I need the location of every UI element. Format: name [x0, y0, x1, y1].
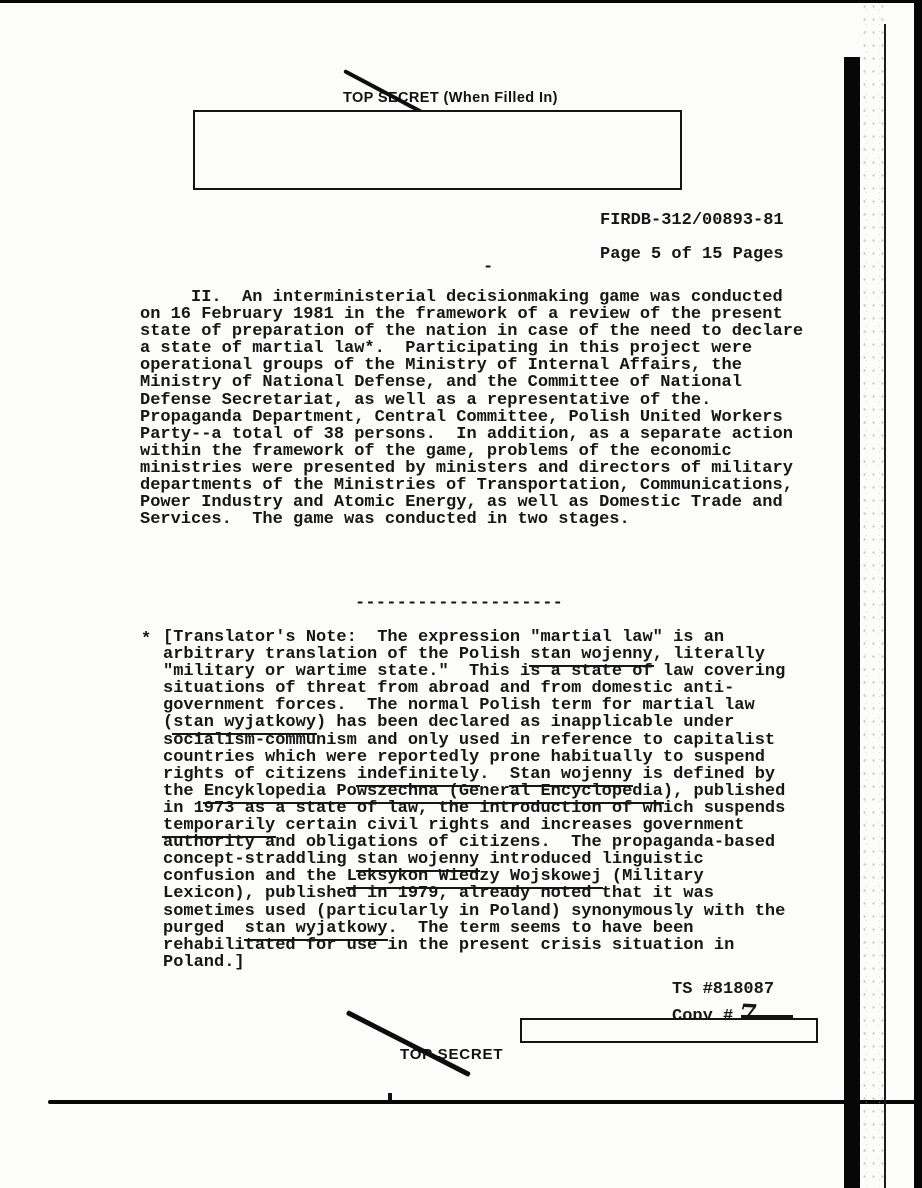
text-line: Party--a total of 38 persons. In additio… — [140, 426, 803, 443]
underlined-term: stan wyjatkowy — [173, 713, 316, 732]
scan-edge-thin-line — [884, 24, 886, 1188]
underlined-term: stan wojenny — [530, 645, 652, 664]
footnote-text: [Translator's Note: The expression "mart… — [163, 629, 785, 971]
text-line: on 16 February 1981 in the framework of … — [140, 306, 803, 323]
stray-dash-artifact: - — [483, 258, 493, 277]
header-classification: TOP SECRET (When Filled In) — [343, 90, 558, 106]
text-line: departments of the Ministries of Transpo… — [140, 477, 803, 494]
text-line: [Translator's Note: The expression "mart… — [163, 629, 785, 646]
text-line: within the framework of the game, proble… — [140, 443, 803, 460]
text-line: "military or wartime state." This is a s… — [163, 663, 785, 680]
redaction-box-bottom — [520, 1018, 818, 1043]
text-line: operational groups of the Ministry of In… — [140, 357, 803, 374]
footnote-marker: * — [141, 630, 151, 649]
text-line: purged stan wyjatkowy. The term seems to… — [163, 920, 785, 937]
text-line: government forces. The normal Polish ter… — [163, 697, 785, 714]
scan-speckle-strip — [860, 0, 884, 1188]
bottom-rule — [48, 1100, 922, 1104]
underlined-term: Encyklopedia Powszechna (General Encyclo… — [204, 782, 663, 801]
text-line: Defense Secretariat, as well as a repres… — [140, 392, 803, 409]
scan-top-edge-line — [0, 0, 922, 3]
text-line: Ministry of National Defense, and the Co… — [140, 374, 803, 391]
text-line: ministries were presented by ministers a… — [140, 460, 803, 477]
scan-binding-bar — [844, 57, 860, 1188]
text-line: a state of martial law*. Participating i… — [140, 340, 803, 357]
page-info: Page 5 of 15 Pages — [600, 245, 784, 264]
text-line: sometimes used (particularly in Poland) … — [163, 903, 785, 920]
text-line: Poland.] — [163, 954, 785, 971]
text-line: confusion and the Leksykon Wiedzy Wojsko… — [163, 868, 785, 885]
scan-right-edge-bar — [914, 0, 922, 1188]
underlined-term: temporarily — [163, 816, 275, 835]
text-line: arbitrary translation of the Polish stan… — [163, 646, 785, 663]
text-line: rights of citizens indefinitely. Stan wo… — [163, 766, 785, 783]
redaction-box-top — [193, 110, 682, 190]
text-line: situations of threat from abroad and fro… — [163, 680, 785, 697]
text-line: the Encyklopedia Powszechna (General Enc… — [163, 783, 785, 800]
text-line: (stan wyjatkowy) has been declared as in… — [163, 714, 785, 731]
text-line: concept-straddling stan wojenny introduc… — [163, 851, 785, 868]
footnote-separator: -------------------- — [355, 594, 563, 613]
footer-strike-line — [346, 1010, 471, 1077]
doc-number: FIRDB-312/00893-81 — [600, 211, 784, 230]
body-paragraph: II. An interministerial decisionmaking g… — [140, 289, 803, 528]
underlined-term: indefinitely — [357, 765, 479, 784]
text-line: II. An interministerial decisionmaking g… — [140, 289, 803, 306]
document-page: TOP SECRET (When Filled In) FIRDB-312/00… — [0, 0, 922, 1188]
text-line: Propaganda Department, Central Committee… — [140, 409, 803, 426]
text-line: countries which were reportedly prone ha… — [163, 749, 785, 766]
underlined-term: stan wyjatkowy — [245, 919, 388, 938]
underlined-term: Leksykon Wiedzy Wojskowej — [347, 867, 602, 886]
text-line: state of preparation of the nation in ca… — [140, 323, 803, 340]
underlined-term: Stan wojenny — [510, 765, 632, 784]
text-line: Power Industry and Atomic Energy, as wel… — [140, 494, 803, 511]
text-line: temporarily certain civil rights and inc… — [163, 817, 785, 834]
text-line: Services. The game was conducted in two … — [140, 511, 803, 528]
